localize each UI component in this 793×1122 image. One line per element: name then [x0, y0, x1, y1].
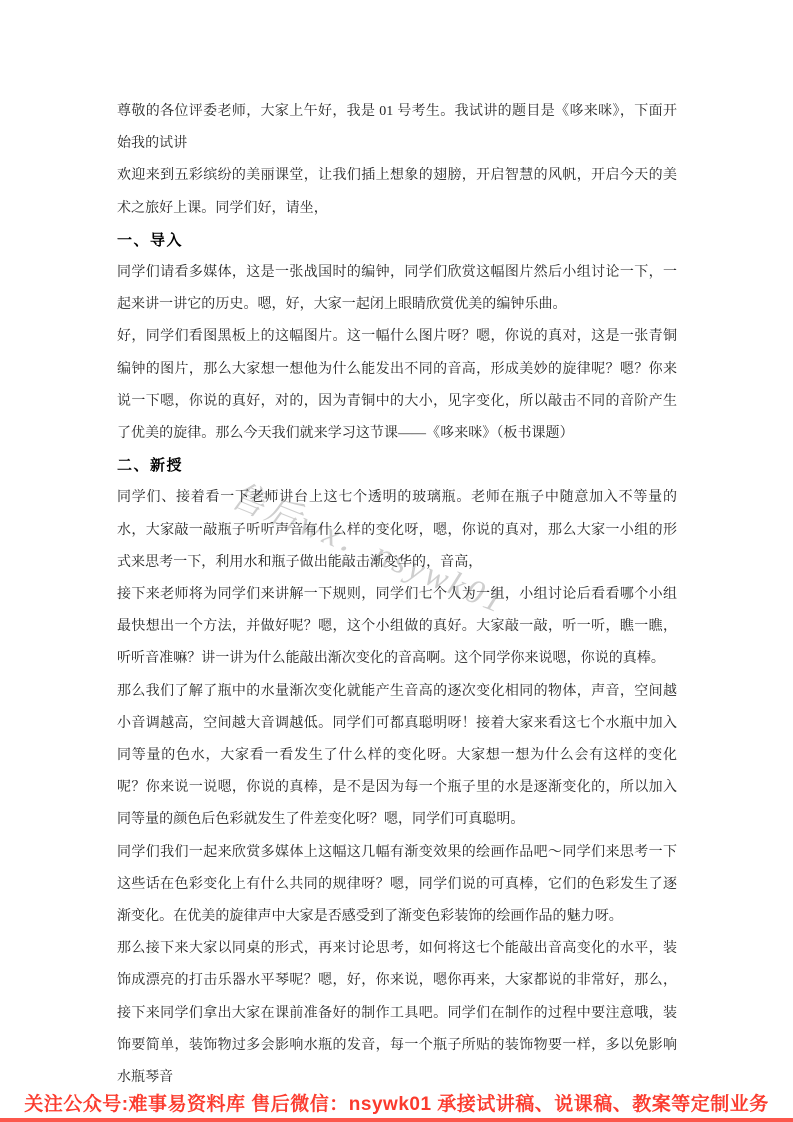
paragraph: 同学们我们一起来欣赏多媒体上这幅这几幅有渐变效果的绘画作品吧～同学们来思考一下这… [117, 837, 677, 934]
document-page: 售后wx．nsywk01 尊敬的各位评委老师，大家上午好，我是 01 号考生。我… [0, 0, 793, 1122]
paragraph: 欢迎来到五彩缤纷的美丽课堂，让我们插上想象的翅膀，开启智慧的风帆，开启今天的美术… [117, 160, 677, 224]
section-heading: 二、新授 [117, 450, 677, 482]
paragraph: 好，同学们看图黑板上的这幅图片。这一幅什么图片呀？嗯，你说的真对，这是一张青铜编… [117, 321, 677, 450]
paragraph: 接下来老师将为同学们来讲解一下规则，同学们七个人为一组，小组讨论后看看哪个小组最… [117, 579, 677, 676]
paragraph: 尊敬的各位评委老师，大家上午好，我是 01 号考生。我试讲的题目是《哆来咪》，下… [117, 96, 677, 160]
footer-strip [0, 1118, 793, 1122]
paragraph: 那么我们了解了瓶中的水量渐次变化就能产生音高的逐次变化相同的物体，声音，空间越小… [117, 676, 677, 837]
paragraph: 那么接下来大家以同桌的形式，再来讨论思考，如何将这七个能敲出音高变化的水平，装饰… [117, 933, 677, 1094]
section-heading: 一、导入 [117, 225, 677, 257]
footer-text: 关注公众号:难事易资料库 售后微信：nsywk01 承接试讲稿、说课稿、教案等定… [24, 1094, 769, 1115]
document-body: 尊敬的各位评委老师，大家上午好，我是 01 号考生。我试讲的题目是《哆来咪》，下… [117, 96, 677, 1094]
paragraph: 同学们请看多媒体，这是一张战国时的编钟，同学们欣赏这幅图片然后小组讨论一下，一起… [117, 257, 677, 321]
footer-banner: 关注公众号:难事易资料库 售后微信：nsywk01 承接试讲稿、说课稿、教案等定… [0, 1089, 793, 1116]
paragraph: 同学们、接着看一下老师讲台上这七个透明的玻璃瓶。老师在瓶子中随意加入不等量的水，… [117, 482, 677, 579]
